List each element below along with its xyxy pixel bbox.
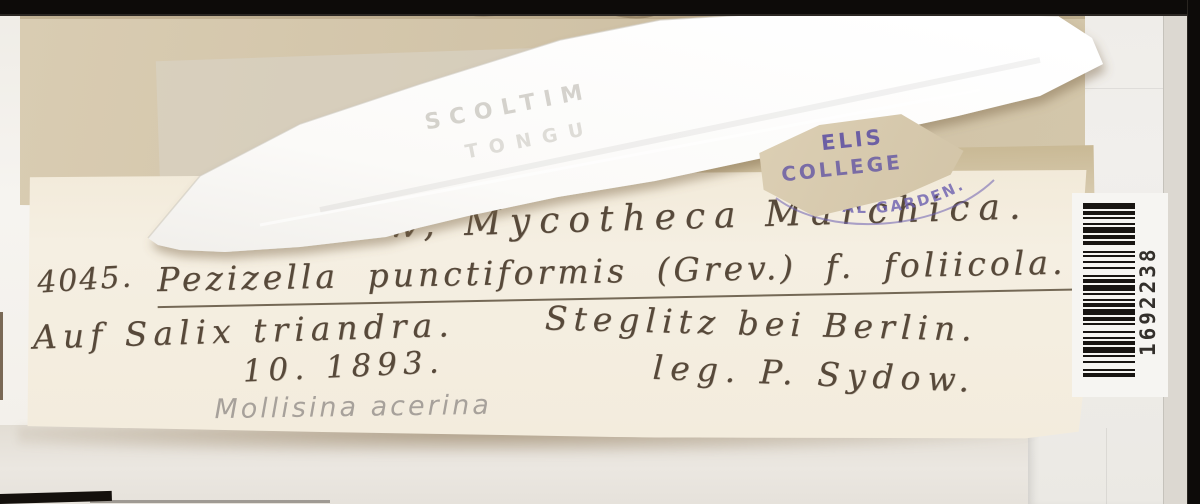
- top-frame-edge: [0, 0, 1200, 16]
- right-sheet-vertical-seam: [1106, 428, 1107, 504]
- bottom-dark-line: [90, 500, 330, 503]
- barcode-number-wrap: 1692238: [1136, 222, 1162, 356]
- barcode-number: 1692238: [1136, 246, 1160, 356]
- barcode: [1083, 203, 1135, 383]
- pencil-determination: Mollisina acerina: [214, 390, 492, 425]
- right-frame-edge: [1187, 0, 1200, 504]
- label-collector: leg. P. Sydow.: [652, 348, 977, 400]
- college-stamp-line2: COLLEGE: [780, 150, 904, 187]
- label-collection-number: 4045.: [36, 259, 134, 300]
- label-species-name: Pezizella punctiformis (Grev.) f. foliic…: [157, 242, 1078, 308]
- label-date: 10. 1893.: [242, 344, 445, 389]
- left-dark-sliver: [0, 312, 3, 400]
- college-stamp-line1: ELIS: [820, 125, 885, 155]
- barcode-bar: [1083, 373, 1135, 377]
- label-locality: Steglitz bei Berlin.: [544, 298, 978, 348]
- specimen-photo: w, Mycotheca Marchica. 4045. Pezizella p…: [0, 0, 1200, 504]
